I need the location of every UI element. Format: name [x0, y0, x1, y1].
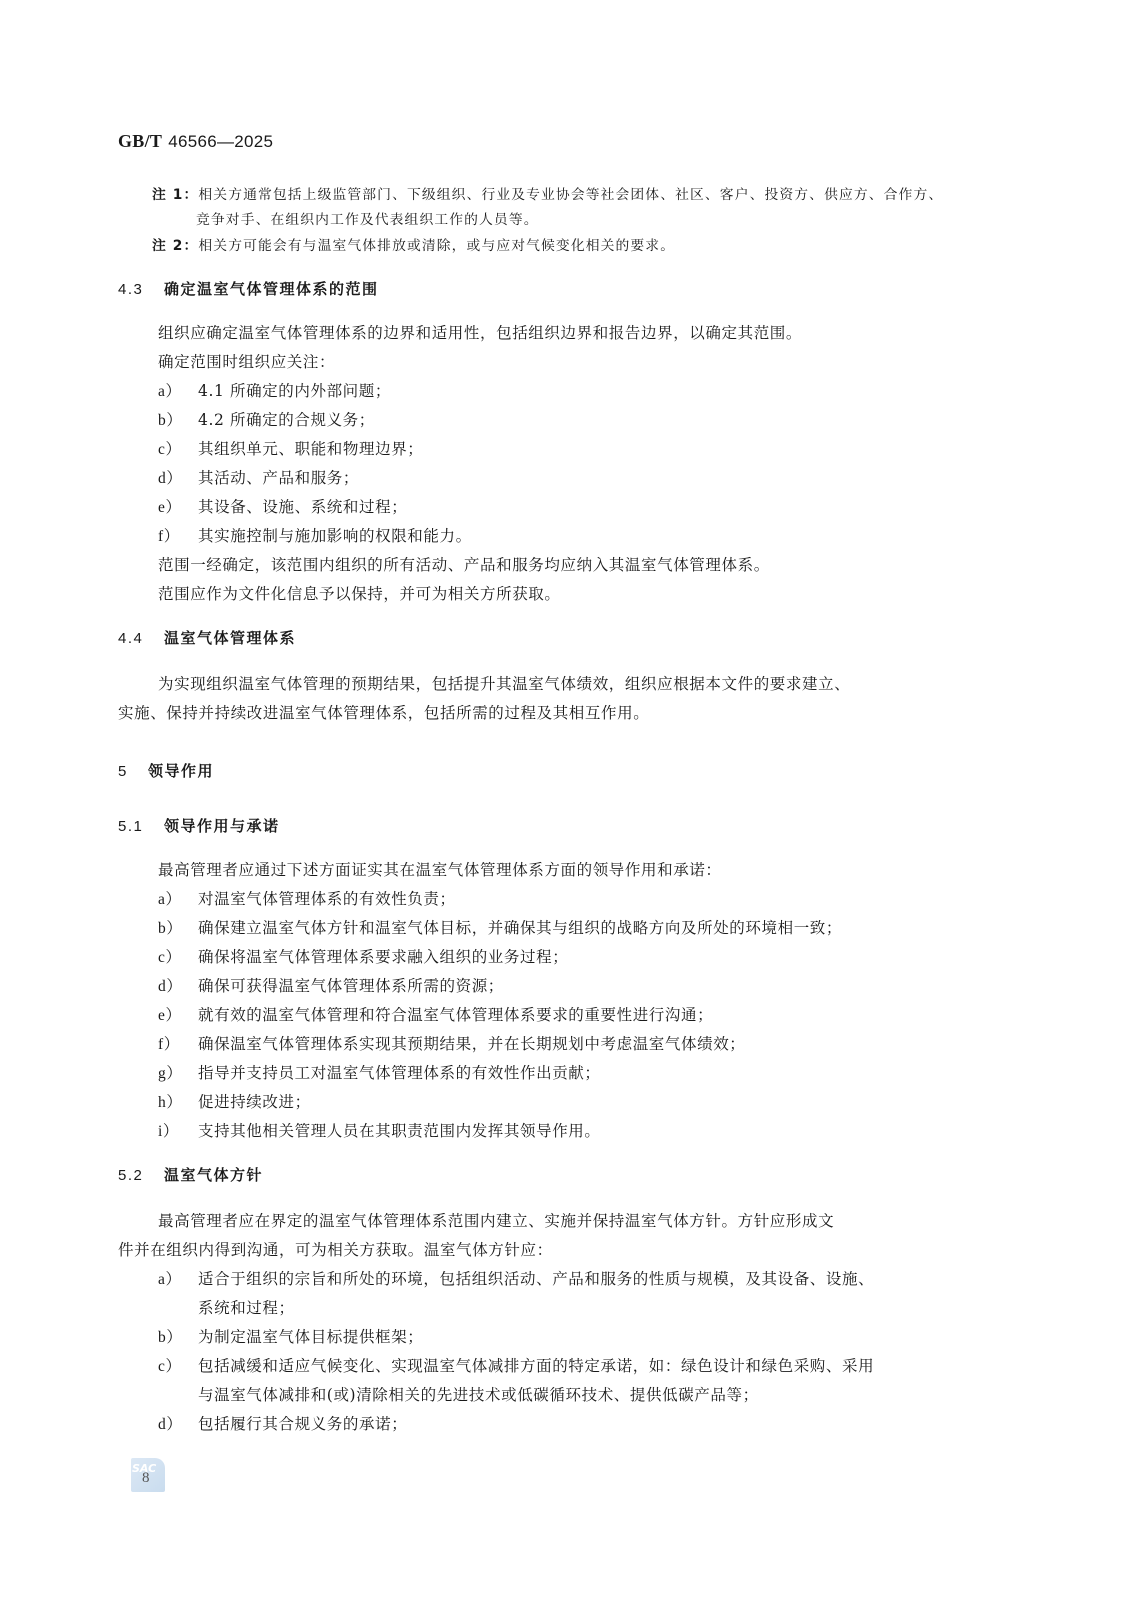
list-item: e）就有效的温室气体管理和符合温室气体管理体系要求的重要性进行沟通； — [158, 1004, 713, 1027]
list-item: b）为制定温室气体目标提供框架； — [158, 1326, 423, 1349]
paragraph: 最高管理者应在界定的温室气体管理体系范围内建立、实施并保持温室气体方针。方针应形… — [158, 1210, 834, 1232]
list-item: c）其组织单元、职能和物理边界； — [158, 438, 423, 461]
paragraph: 为实现组织温室气体管理的预期结果，包括提升其温室气体绩效，组织应根据本文件的要求… — [158, 673, 850, 695]
document-page: GB/T46566—2025 注 1：相关方通常包括上级监管部门、下级组织、行业… — [0, 0, 1131, 1600]
list-item: b）4.2 所确定的合规义务； — [158, 409, 375, 432]
list-item: i）支持其他相关管理人员在其职责范围内发挥其领导作用。 — [158, 1120, 601, 1143]
list-item: f）其实施控制与施加影响的权限和能力。 — [158, 525, 472, 548]
paragraph: 件并在组织内得到沟通，可为相关方获取。温室气体方针应： — [118, 1239, 553, 1261]
note-2-label: 注 2： — [152, 238, 198, 254]
list-item: c）确保将温室气体管理体系要求融入组织的业务过程； — [158, 946, 568, 969]
paragraph: 确定范围时组织应关注： — [158, 351, 335, 373]
list-item: a）对温室气体管理体系的有效性负责； — [158, 888, 456, 911]
section-heading-4-4: 4.4温室气体管理体系 — [118, 627, 296, 650]
paragraph: 范围一经确定，该范围内组织的所有活动、产品和服务均应纳入其温室气体管理体系。 — [158, 554, 770, 576]
list-item: f）确保温室气体管理体系实现其预期结果，并在长期规划中考虑温室气体绩效； — [158, 1033, 745, 1056]
page-number: 8 — [142, 1470, 150, 1487]
standard-prefix: GB/T — [118, 131, 162, 151]
list-item: d）确保可获得温室气体管理体系所需的资源； — [158, 975, 504, 998]
list-item: d）包括履行其合规义务的承诺； — [158, 1413, 407, 1436]
section-heading-4-3: 4.3确定温室气体管理体系的范围 — [118, 278, 379, 301]
section-heading-5: 5领导作用 — [118, 760, 214, 783]
list-item: b）确保建立温室气体方针和温室气体目标，并确保其与组织的战略方向及所处的环境相一… — [158, 917, 842, 940]
note-2-line-1: 注 2：相关方可能会有与温室气体排放或清除，或与应对气候变化相关的要求。 — [152, 235, 675, 257]
list-item-continuation: 系统和过程； — [198, 1297, 295, 1319]
list-item: a）适合于组织的宗旨和所处的环境，包括组织活动、产品和服务的性质与规模，及其设备… — [158, 1268, 874, 1291]
note-1-label: 注 1： — [152, 187, 198, 203]
paragraph: 最高管理者应通过下述方面证实其在温室气体管理体系方面的领导作用和承诺： — [158, 859, 722, 881]
list-item: c）包括减缓和适应气候变化、实现温室气体减排方面的特定承诺，如：绿色设计和绿色采… — [158, 1355, 874, 1378]
paragraph: 实施、保持并持续改进温室气体管理体系，包括所需的过程及其相互作用。 — [118, 702, 649, 724]
section-heading-5-2: 5.2温室气体方针 — [118, 1164, 263, 1187]
list-item: e）其设备、设施、系统和过程； — [158, 496, 407, 519]
list-item: d）其活动、产品和服务； — [158, 467, 359, 490]
list-item: g）指导并支持员工对温室气体管理体系的有效性作出贡献； — [158, 1062, 601, 1085]
paragraph: 范围应作为文件化信息予以保持，并可为相关方所获取。 — [158, 583, 561, 605]
standard-number-header: GB/T46566—2025 — [118, 131, 273, 152]
note-1-line-1: 注 1：相关方通常包括上级监管部门、下级组织、行业及专业协会等社会团体、社区、客… — [152, 184, 943, 206]
list-item-continuation: 与温室气体减排和(或)清除相关的先进技术或低碳循环技术、提供低碳产品等； — [198, 1384, 759, 1406]
paragraph: 组织应确定温室气体管理体系的边界和适用性，包括组织边界和报告边界，以确定其范围。 — [158, 322, 802, 344]
list-item: h）促进持续改进； — [158, 1091, 311, 1114]
note-1-line-2: 竞争对手、在组织内工作及代表组织工作的人员等。 — [196, 209, 539, 231]
list-item: a）4.1 所确定的内外部问题； — [158, 380, 391, 403]
section-heading-5-1: 5.1领导作用与承诺 — [118, 815, 280, 838]
standard-number: 46566—2025 — [168, 132, 273, 151]
